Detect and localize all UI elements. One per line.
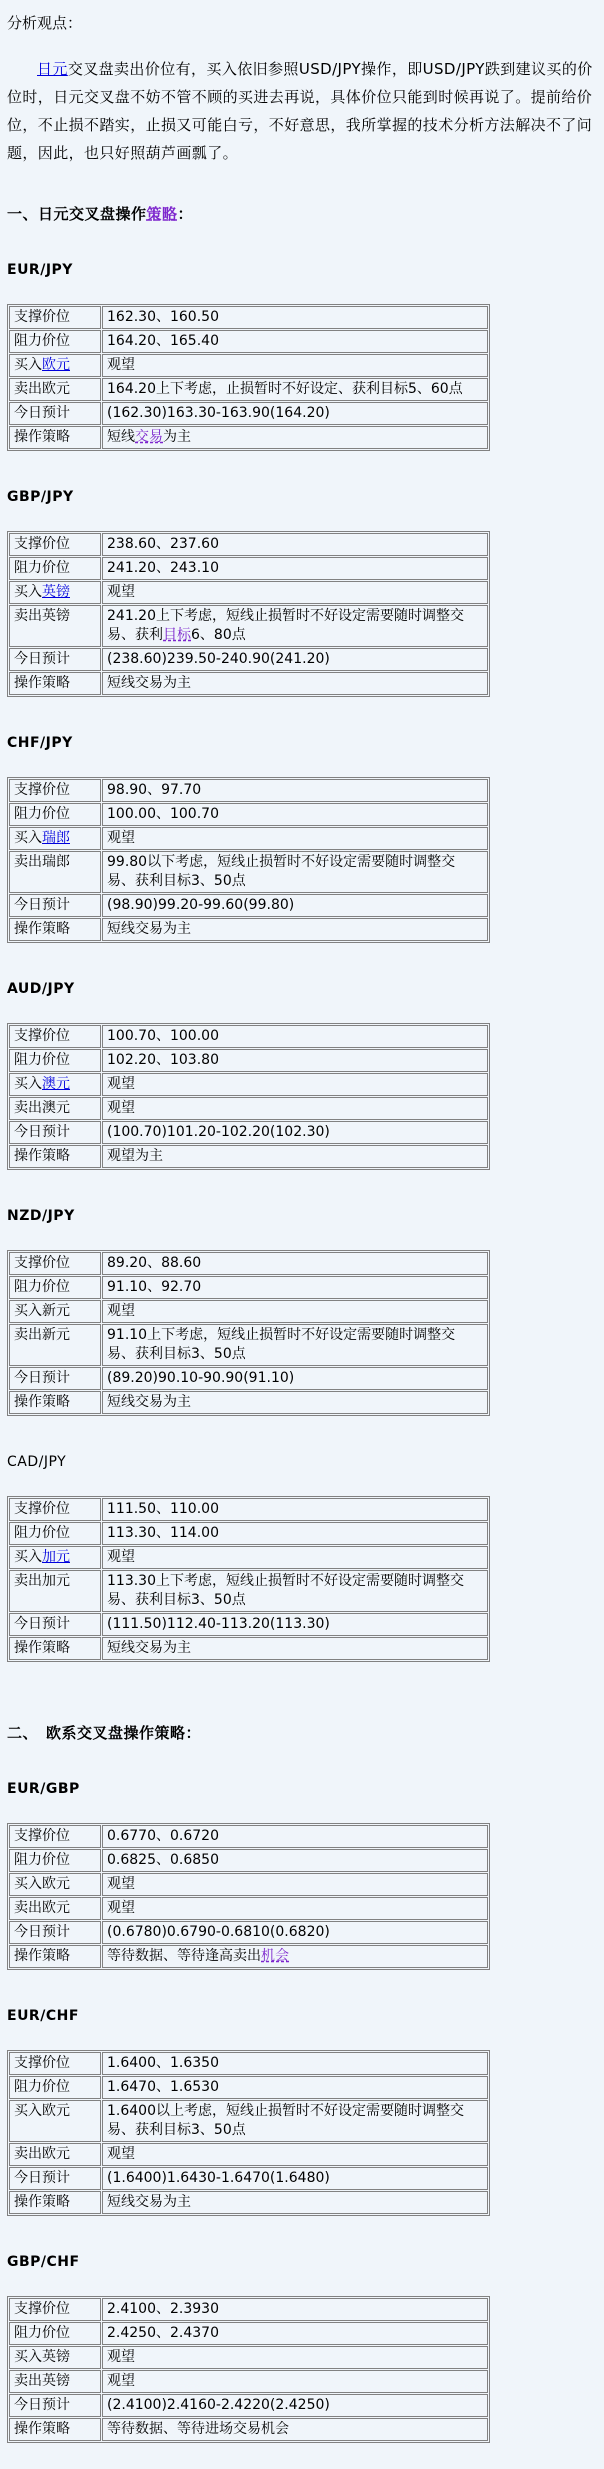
row-label: 卖出欧元 xyxy=(9,2143,101,2166)
row-value: 113.30上下考虑，短线止损暂时不好设定需要随时调整交易、获利目标3、50点 xyxy=(102,1570,488,1612)
row-value: 1.6470、1.6530 xyxy=(102,2076,488,2099)
pair-block: EUR/JPY 支撑价位 162.30、160.50 阻力价位 164.20、1… xyxy=(7,262,594,451)
row-label: 操作策略 xyxy=(9,918,101,941)
table-row: 支撑价位 2.4100、2.3930 xyxy=(9,2298,488,2321)
row-label: 卖出欧元 xyxy=(9,378,101,401)
row-label: 支撑价位 xyxy=(9,1825,101,1848)
row-value: 等待数据、等待逢高卖出机会 xyxy=(102,1945,488,1968)
row-value: 观望 xyxy=(102,1073,488,1096)
pair-block: EUR/GBP 支撑价位 0.6770、0.6720 阻力价位 0.6825、0… xyxy=(7,1781,594,1970)
row-value: 观望 xyxy=(102,1097,488,1120)
row-label: 今日预计 xyxy=(9,1121,101,1144)
row-label: 卖出瑞郎 xyxy=(9,851,101,893)
table-row: 卖出新元 91.10上下考虑，短线止损暂时不好设定需要随时调整交易、获利目标3、… xyxy=(9,1324,488,1366)
row-value: (100.70)101.20-102.20(102.30) xyxy=(102,1121,488,1144)
pairs-container: EUR/GBP 支撑价位 0.6770、0.6720 阻力价位 0.6825、0… xyxy=(7,1781,594,2443)
table-row: 支撑价位 98.90、97.70 xyxy=(9,779,488,802)
table-row: 操作策略 短线交易为主 xyxy=(9,2191,488,2214)
section-heading: 二、 欧系交叉盘操作策略： xyxy=(7,1722,594,1743)
inline-link[interactable]: 澳元 xyxy=(42,1076,70,1092)
pair-block: CAD/JPY 支撑价位 111.50、110.00 阻力价位 113.30、1… xyxy=(7,1454,594,1662)
row-value: 0.6770、0.6720 xyxy=(102,1825,488,1848)
table-row: 操作策略 短线交易为主 xyxy=(9,918,488,941)
row-value: 等待数据、等待进场交易机会 xyxy=(102,2418,488,2441)
pair-heading: EUR/CHF xyxy=(7,2008,594,2024)
table-row: 阻力价位 91.10、92.70 xyxy=(9,1276,488,1299)
row-value: 164.20上下考虑，止损暂时不好设定、获利目标5、60点 xyxy=(102,378,488,401)
row-label: 阻力价位 xyxy=(9,1522,101,1545)
inline-link[interactable]: 交易 xyxy=(135,429,163,445)
row-value: 2.4250、2.4370 xyxy=(102,2322,488,2345)
pair-table: 支撑价位 100.70、100.00 阻力价位 102.20、103.80 买入… xyxy=(7,1023,490,1170)
row-value: (238.60)239.50-240.90(241.20) xyxy=(102,648,488,671)
table-row: 卖出欧元 164.20上下考虑，止损暂时不好设定、获利目标5、60点 xyxy=(9,378,488,401)
row-label: 阻力价位 xyxy=(9,330,101,353)
row-label: 卖出英镑 xyxy=(9,605,101,647)
row-value: (111.50)112.40-113.20(113.30) xyxy=(102,1613,488,1636)
table-row: 阻力价位 241.20、243.10 xyxy=(9,557,488,580)
table-row: 今日预计 (2.4100)2.4160-2.4220(2.4250) xyxy=(9,2394,488,2417)
row-label: 今日预计 xyxy=(9,402,101,425)
table-row: 支撑价位 100.70、100.00 xyxy=(9,1025,488,1048)
table-row: 阻力价位 2.4250、2.4370 xyxy=(9,2322,488,2345)
row-label: 操作策略 xyxy=(9,426,101,449)
row-value: 短线交易为主 xyxy=(102,672,488,695)
row-value: 0.6825、0.6850 xyxy=(102,1849,488,1872)
table-row: 卖出英镑 观望 xyxy=(9,2370,488,2393)
table-row: 卖出英镑 241.20上下考虑，短线止损暂时不好设定需要随时调整交易、获利目标6… xyxy=(9,605,488,647)
row-value: 短线交易为主 xyxy=(102,426,488,449)
row-value: 162.30、160.50 xyxy=(102,306,488,329)
row-label: 卖出欧元 xyxy=(9,1897,101,1920)
table-row: 卖出欧元 观望 xyxy=(9,2143,488,2166)
table-row: 卖出瑞郎 99.80以下考虑，短线止损暂时不好设定需要随时调整交易、获利目标3、… xyxy=(9,851,488,893)
table-row: 支撑价位 238.60、237.60 xyxy=(9,533,488,556)
row-value: (89.20)90.10-90.90(91.10) xyxy=(102,1367,488,1390)
row-label: 支撑价位 xyxy=(9,306,101,329)
row-label: 支撑价位 xyxy=(9,1498,101,1521)
section: 二、 欧系交叉盘操作策略： EUR/GBP 支撑价位 0.6770、0.6720… xyxy=(7,1722,594,2443)
row-value: 1.6400、1.6350 xyxy=(102,2052,488,2075)
row-label: 操作策略 xyxy=(9,2418,101,2441)
row-label: 今日预计 xyxy=(9,1367,101,1390)
inline-link[interactable]: 日元 xyxy=(37,60,68,78)
row-value: 238.60、237.60 xyxy=(102,533,488,556)
row-label: 买入瑞郎 xyxy=(9,827,101,850)
row-label: 支撑价位 xyxy=(9,2298,101,2321)
row-value: 91.10上下考虑，短线止损暂时不好设定需要随时调整交易、获利目标3、50点 xyxy=(102,1324,488,1366)
row-label: 支撑价位 xyxy=(9,1025,101,1048)
row-label: 操作策略 xyxy=(9,2191,101,2214)
table-row: 买入澳元 观望 xyxy=(9,1073,488,1096)
row-label: 阻力价位 xyxy=(9,1049,101,1072)
table-row: 阻力价位 102.20、103.80 xyxy=(9,1049,488,1072)
table-row: 阻力价位 1.6470、1.6530 xyxy=(9,2076,488,2099)
row-label: 今日预计 xyxy=(9,894,101,917)
row-label: 今日预计 xyxy=(9,648,101,671)
row-label: 阻力价位 xyxy=(9,2076,101,2099)
pair-heading: CHF/JPY xyxy=(7,735,594,751)
pair-table: 支撑价位 162.30、160.50 阻力价位 164.20、165.40 买入… xyxy=(7,304,490,451)
inline-link[interactable]: 瑞郎 xyxy=(42,830,70,846)
row-value: 观望为主 xyxy=(102,1145,488,1168)
inline-link[interactable]: 加元 xyxy=(42,1549,70,1565)
row-value: 89.20、88.60 xyxy=(102,1252,488,1275)
row-value: 100.00、100.70 xyxy=(102,803,488,826)
table-row: 买入瑞郎 观望 xyxy=(9,827,488,850)
table-row: 买入英镑 观望 xyxy=(9,2346,488,2369)
table-row: 买入欧元 观望 xyxy=(9,354,488,377)
table-row: 操作策略 短线交易为主 xyxy=(9,426,488,449)
row-value: 观望 xyxy=(102,1546,488,1569)
table-row: 今日预计 (1.6400)1.6430-1.6470(1.6480) xyxy=(9,2167,488,2190)
row-value: (98.90)99.20-99.60(99.80) xyxy=(102,894,488,917)
row-value: 111.50、110.00 xyxy=(102,1498,488,1521)
row-value: 1.6400以上考虑，短线止损暂时不好设定需要随时调整交易、获利目标3、50点 xyxy=(102,2100,488,2142)
pair-block: GBP/JPY 支撑价位 238.60、237.60 阻力价位 241.20、2… xyxy=(7,489,594,697)
table-row: 今日预计 (0.6780)0.6790-0.6810(0.6820) xyxy=(9,1921,488,1944)
inline-link[interactable]: 英镑 xyxy=(42,584,70,600)
table-row: 今日预计 (238.60)239.50-240.90(241.20) xyxy=(9,648,488,671)
row-label: 支撑价位 xyxy=(9,1252,101,1275)
sections-container: 一、日元交叉盘操作策略： EUR/JPY 支撑价位 162.30、160.50 … xyxy=(7,203,594,2443)
table-row: 阻力价位 100.00、100.70 xyxy=(9,803,488,826)
table-row: 买入英镑 观望 xyxy=(9,581,488,604)
row-value: 241.20、243.10 xyxy=(102,557,488,580)
row-value: 短线交易为主 xyxy=(102,1637,488,1660)
inline-link[interactable]: 机会 xyxy=(261,1948,289,1964)
row-value: 观望 xyxy=(102,1873,488,1896)
row-label: 操作策略 xyxy=(9,1945,101,1968)
row-value: 102.20、103.80 xyxy=(102,1049,488,1072)
row-label: 买入欧元 xyxy=(9,1873,101,1896)
pair-block: GBP/CHF 支撑价位 2.4100、2.3930 阻力价位 2.4250、2… xyxy=(7,2254,594,2443)
pair-block: AUD/JPY 支撑价位 100.70、100.00 阻力价位 102.20、1… xyxy=(7,981,594,1170)
table-row: 阻力价位 164.20、165.40 xyxy=(9,330,488,353)
row-value: 99.80以下考虑，短线止损暂时不好设定需要随时调整交易、获利目标3、50点 xyxy=(102,851,488,893)
table-row: 卖出加元 113.30上下考虑，短线止损暂时不好设定需要随时调整交易、获利目标3… xyxy=(9,1570,488,1612)
table-row: 支撑价位 89.20、88.60 xyxy=(9,1252,488,1275)
pair-table: 支撑价位 111.50、110.00 阻力价位 113.30、114.00 买入… xyxy=(7,1496,490,1662)
row-label: 卖出澳元 xyxy=(9,1097,101,1120)
intro-label: 分析观点： xyxy=(7,12,594,33)
row-value: 观望 xyxy=(102,1300,488,1323)
row-label: 买入新元 xyxy=(9,1300,101,1323)
pair-table: 支撑价位 89.20、88.60 阻力价位 91.10、92.70 买入新元 观… xyxy=(7,1250,490,1416)
row-label: 阻力价位 xyxy=(9,557,101,580)
row-label: 今日预计 xyxy=(9,2394,101,2417)
table-row: 卖出欧元 观望 xyxy=(9,1897,488,1920)
pair-table: 支撑价位 98.90、97.70 阻力价位 100.00、100.70 买入瑞郎… xyxy=(7,777,490,943)
row-value: 观望 xyxy=(102,2143,488,2166)
row-label: 操作策略 xyxy=(9,1391,101,1414)
row-label: 操作策略 xyxy=(9,672,101,695)
row-value: 观望 xyxy=(102,1897,488,1920)
row-value: (1.6400)1.6430-1.6470(1.6480) xyxy=(102,2167,488,2190)
row-value: (162.30)163.30-163.90(164.20) xyxy=(102,402,488,425)
row-value: 91.10、92.70 xyxy=(102,1276,488,1299)
row-value: 观望 xyxy=(102,2346,488,2369)
table-row: 支撑价位 162.30、160.50 xyxy=(9,306,488,329)
row-label: 今日预计 xyxy=(9,1613,101,1636)
row-label: 买入澳元 xyxy=(9,1073,101,1096)
row-label: 阻力价位 xyxy=(9,1276,101,1299)
pair-block: EUR/CHF 支撑价位 1.6400、1.6350 阻力价位 1.6470、1… xyxy=(7,2008,594,2216)
row-label: 阻力价位 xyxy=(9,2322,101,2345)
row-value: 2.4100、2.3930 xyxy=(102,2298,488,2321)
row-value: 观望 xyxy=(102,354,488,377)
row-label: 买入加元 xyxy=(9,1546,101,1569)
table-row: 操作策略 短线交易为主 xyxy=(9,672,488,695)
table-row: 支撑价位 0.6770、0.6720 xyxy=(9,1825,488,1848)
row-label: 阻力价位 xyxy=(9,803,101,826)
table-row: 买入新元 观望 xyxy=(9,1300,488,1323)
pair-heading: EUR/JPY xyxy=(7,262,594,278)
table-row: 阻力价位 113.30、114.00 xyxy=(9,1522,488,1545)
table-row: 买入加元 观望 xyxy=(9,1546,488,1569)
row-value: 241.20上下考虑，短线止损暂时不好设定需要随时调整交易、获利目标6、80点 xyxy=(102,605,488,647)
table-row: 操作策略 短线交易为主 xyxy=(9,1637,488,1660)
table-row: 今日预计 (98.90)99.20-99.60(99.80) xyxy=(9,894,488,917)
table-row: 操作策略 等待数据、等待逢高卖出机会 xyxy=(9,1945,488,1968)
row-value: 短线交易为主 xyxy=(102,2191,488,2214)
row-value: 98.90、97.70 xyxy=(102,779,488,802)
table-row: 今日预计 (100.70)101.20-102.20(102.30) xyxy=(9,1121,488,1144)
row-label: 卖出新元 xyxy=(9,1324,101,1366)
table-row: 今日预计 (89.20)90.10-90.90(91.10) xyxy=(9,1367,488,1390)
row-value: 观望 xyxy=(102,2370,488,2393)
section: 一、日元交叉盘操作策略： EUR/JPY 支撑价位 162.30、160.50 … xyxy=(7,203,594,1662)
row-label: 阻力价位 xyxy=(9,1849,101,1872)
row-label: 买入英镑 xyxy=(9,581,101,604)
pair-table: 支撑价位 238.60、237.60 阻力价位 241.20、243.10 买入… xyxy=(7,531,490,697)
row-value: (0.6780)0.6790-0.6810(0.6820) xyxy=(102,1921,488,1944)
row-value: 164.20、165.40 xyxy=(102,330,488,353)
row-value: 观望 xyxy=(102,581,488,604)
pair-table: 支撑价位 0.6770、0.6720 阻力价位 0.6825、0.6850 买入… xyxy=(7,1823,490,1970)
row-label: 支撑价位 xyxy=(9,2052,101,2075)
row-value: (2.4100)2.4160-2.4220(2.4250) xyxy=(102,2394,488,2417)
row-label: 支撑价位 xyxy=(9,779,101,802)
inline-link[interactable]: 目标 xyxy=(163,627,191,643)
row-label: 支撑价位 xyxy=(9,533,101,556)
row-label: 操作策略 xyxy=(9,1637,101,1660)
inline-link[interactable]: 欧元 xyxy=(42,357,70,373)
table-row: 买入欧元 观望 xyxy=(9,1873,488,1896)
section-heading: 一、日元交叉盘操作策略： xyxy=(7,203,594,224)
pair-block: CHF/JPY 支撑价位 98.90、97.70 阻力价位 100.00、100… xyxy=(7,735,594,943)
table-row: 买入欧元 1.6400以上考虑，短线止损暂时不好设定需要随时调整交易、获利目标3… xyxy=(9,2100,488,2142)
pair-table: 支撑价位 1.6400、1.6350 阻力价位 1.6470、1.6530 买入… xyxy=(7,2050,490,2216)
row-label: 卖出加元 xyxy=(9,1570,101,1612)
inline-link[interactable]: 策略 xyxy=(147,205,178,223)
row-value: 短线交易为主 xyxy=(102,1391,488,1414)
row-label: 买入欧元 xyxy=(9,2100,101,2142)
row-value: 113.30、114.00 xyxy=(102,1522,488,1545)
row-label: 买入欧元 xyxy=(9,354,101,377)
row-label: 今日预计 xyxy=(9,2167,101,2190)
table-row: 支撑价位 111.50、110.00 xyxy=(9,1498,488,1521)
table-row: 卖出澳元 观望 xyxy=(9,1097,488,1120)
row-label: 今日预计 xyxy=(9,1921,101,1944)
pair-table: 支撑价位 2.4100、2.3930 阻力价位 2.4250、2.4370 买入… xyxy=(7,2296,490,2443)
pair-heading: AUD/JPY xyxy=(7,981,594,997)
intro-paragraph: 日元交叉盘卖出价位有，买入依旧参照USD/JPY操作，即USD/JPY跌到建议买… xyxy=(7,55,594,167)
row-label: 买入英镑 xyxy=(9,2346,101,2369)
table-row: 今日预计 (111.50)112.40-113.20(113.30) xyxy=(9,1613,488,1636)
pairs-container: EUR/JPY 支撑价位 162.30、160.50 阻力价位 164.20、1… xyxy=(7,262,594,1662)
row-value: 100.70、100.00 xyxy=(102,1025,488,1048)
row-value: 观望 xyxy=(102,827,488,850)
pair-heading: EUR/GBP xyxy=(7,1781,594,1797)
pair-heading: GBP/JPY xyxy=(7,489,594,505)
row-value: 短线交易为主 xyxy=(102,918,488,941)
table-row: 操作策略 等待数据、等待进场交易机会 xyxy=(9,2418,488,2441)
table-row: 今日预计 (162.30)163.30-163.90(164.20) xyxy=(9,402,488,425)
pair-heading: GBP/CHF xyxy=(7,2254,594,2270)
pair-block: NZD/JPY 支撑价位 89.20、88.60 阻力价位 91.10、92.7… xyxy=(7,1208,594,1416)
pair-heading: CAD/JPY xyxy=(7,1454,594,1470)
table-row: 操作策略 观望为主 xyxy=(9,1145,488,1168)
article: 分析观点： 日元交叉盘卖出价位有，买入依旧参照USD/JPY操作，即USD/JP… xyxy=(0,0,604,2469)
row-label: 卖出英镑 xyxy=(9,2370,101,2393)
table-row: 支撑价位 1.6400、1.6350 xyxy=(9,2052,488,2075)
table-row: 操作策略 短线交易为主 xyxy=(9,1391,488,1414)
pair-heading: NZD/JPY xyxy=(7,1208,594,1224)
table-row: 阻力价位 0.6825、0.6850 xyxy=(9,1849,488,1872)
row-label: 操作策略 xyxy=(9,1145,101,1168)
